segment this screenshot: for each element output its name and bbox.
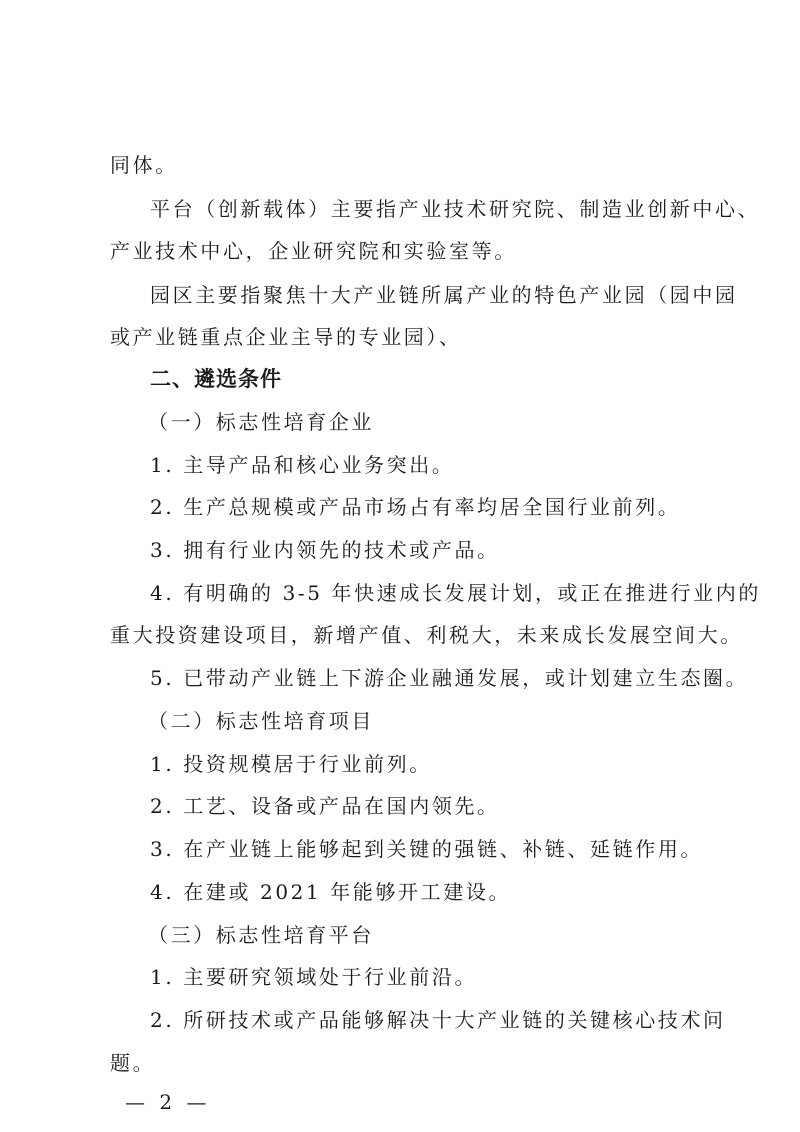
subsection-heading-platform: （三）标志性培育平台 <box>148 922 374 948</box>
paragraph-park-definition: 园区主要指聚焦十大产业链所属产业的特色产业园（园中园 <box>150 282 738 308</box>
paragraph-continuation: 同体。 <box>110 152 178 178</box>
subsection-heading-enterprise: （一）标志性培育企业 <box>148 409 374 435</box>
subsection-heading-project: （二）标志性培育项目 <box>148 708 374 734</box>
criterion-platform-1: 1. 主要研究领域处于行业前沿。 <box>150 964 477 990</box>
criterion-platform-2: 2. 所研技术或产品能够解决十大产业链的关键核心技术问 <box>150 1007 726 1033</box>
criterion-platform-2-cont: 题。 <box>110 1050 155 1076</box>
criterion-enterprise-5: 5. 已带动产业链上下游企业融通发展，或计划建立生态圈。 <box>150 665 748 691</box>
criterion-enterprise-2: 2. 生产总规模或产品市场占有率均居全国行业前列。 <box>150 494 680 520</box>
criterion-enterprise-4: 4. 有明确的 3-5 年快速成长发展计划，或正在推进行业内的 <box>150 580 761 606</box>
criterion-enterprise-3: 3. 拥有行业内领先的技术或产品。 <box>150 537 500 563</box>
criterion-enterprise-4-cont: 重大投资建设项目，新增产值、利税大，未来成长发展空间大。 <box>110 622 743 648</box>
paragraph-platform-definition: 平台（创新载体）主要指产业技术研究院、制造业创新中心、 <box>150 196 760 222</box>
criterion-project-1: 1. 投资规模居于行业前列。 <box>150 751 432 777</box>
document-page: 同体。 平台（创新载体）主要指产业技术研究院、制造业创新中心、 产业技术中心，企… <box>0 0 800 1132</box>
page-number: — 2 — <box>125 1090 210 1114</box>
criterion-project-4: 4. 在建或 2021 年能够开工建设。 <box>150 879 511 905</box>
criterion-project-2: 2. 工艺、设备或产品在国内领先。 <box>150 793 500 819</box>
criterion-enterprise-1: 1. 主导产品和核心业务突出。 <box>150 452 454 478</box>
paragraph-park-definition-cont: 或产业链重点企业主导的专业园）、 <box>110 324 462 350</box>
section-heading-selection-criteria: 二、遴选条件 <box>150 366 282 392</box>
criterion-project-3: 3. 在产业链上能够起到关键的强链、补链、延链作用。 <box>150 836 703 862</box>
paragraph-platform-definition-cont: 产业技术中心，企业研究院和实验室等。 <box>110 238 517 264</box>
